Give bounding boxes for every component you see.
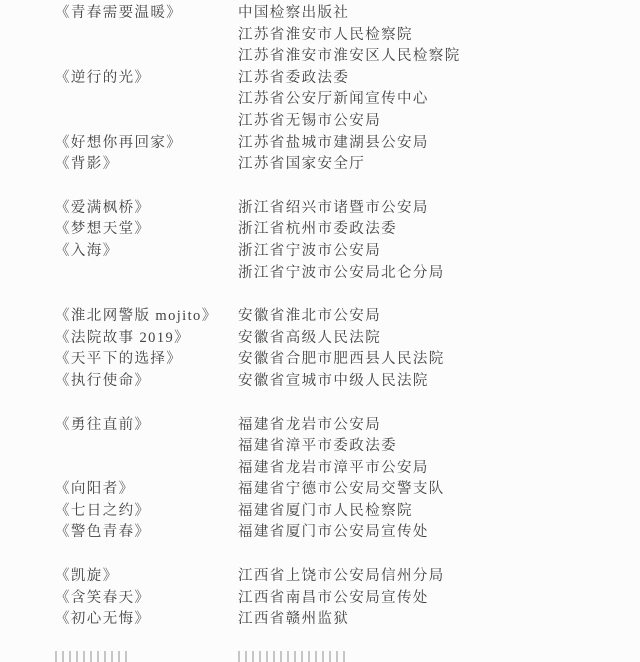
entry-group [55, 647, 640, 662]
entry-org: 浙江省宁波市公安局 [238, 241, 640, 263]
entry-title: 《法院故事 2019》 [55, 328, 238, 350]
entry-row [55, 647, 640, 662]
entry-title: 《逆行的光》 [55, 68, 238, 90]
group-rows: 《勇往直前》 福建省龙岩市公安局 福建省漳平市委政法委 福建省龙岩市漳平市公安局… [55, 415, 640, 545]
entry-row: 浙江省宁波市公安局北仑分局 [55, 263, 640, 285]
entry-title: 《执行使命》 [55, 371, 238, 393]
entry-org: 安徽省高级人民法院 [238, 328, 640, 350]
entry-org: 浙江省绍兴市诸暨市公安局 [238, 198, 640, 220]
entry-title: 《背影》 [55, 154, 238, 176]
entry-row: 《七日之约》 福建省厦门市人民检察院 [55, 501, 640, 523]
group-rows [55, 647, 640, 662]
entry-row: 《天平下的选择》 安徽省合肥市肥西县人民法院 [55, 349, 640, 371]
entry-row: 《勇往直前》 福建省龙岩市公安局 [55, 415, 640, 437]
entry-group: 《爱满枫桥》 浙江省绍兴市诸暨市公安局 《梦想天堂》 浙江省杭州市委政法委 《入… [55, 198, 640, 284]
entry-row: 江苏省淮安市淮安区人民检察院 [55, 46, 640, 68]
entry-org: 江苏省委政法委 [238, 68, 640, 90]
entry-group: 《青春需要温暖》 中国检察出版社 江苏省淮安市人民检察院 江苏省淮安市淮安区人民… [55, 3, 640, 176]
entry-row: 福建省龙岩市漳平市公安局 [55, 458, 640, 480]
entry-group: 《凯旋》 江西省上饶市公安局信州分局 《含笑春天》 江西省南昌市公安局宣传处 《… [55, 566, 640, 631]
entry-org: 浙江省宁波市公安局北仑分局 [238, 263, 640, 285]
entry-row: 《梦想天堂》 浙江省杭州市委政法委 [55, 219, 640, 241]
illegible-text-fragment [55, 651, 131, 662]
entry-group: 《淮北网警版 mojito》 安徽省淮北市公安局 《法院故事 2019》 安徽省… [55, 306, 640, 392]
document-page: 《青春需要温暖》 中国检察出版社 江苏省淮安市人民检察院 江苏省淮安市淮安区人民… [0, 0, 640, 662]
entry-title: 《含笑春天》 [55, 588, 238, 610]
entry-org: 江西省上饶市公安局信州分局 [238, 566, 640, 588]
entry-org: 安徽省合肥市肥西县人民法院 [238, 349, 640, 371]
group-rows: 《凯旋》 江西省上饶市公安局信州分局 《含笑春天》 江西省南昌市公安局宣传处 《… [55, 566, 640, 631]
entry-row: 《凯旋》 江西省上饶市公安局信州分局 [55, 566, 640, 588]
entry-org: 江苏省淮安市人民检察院 [238, 25, 640, 47]
entry-title: 《天平下的选择》 [55, 349, 238, 371]
entry-org: 江苏省公安厅新闻宣传中心 [238, 89, 640, 111]
group-rows: 《爱满枫桥》 浙江省绍兴市诸暨市公安局 《梦想天堂》 浙江省杭州市委政法委 《入… [55, 198, 640, 284]
entry-row: 《淮北网警版 mojito》 安徽省淮北市公安局 [55, 306, 640, 328]
entries: 《青春需要温暖》 中国检察出版社 江苏省淮安市人民检察院 江苏省淮安市淮安区人民… [55, 3, 640, 662]
entry-org: 江苏省盐城市建湖县公安局 [238, 133, 640, 155]
entry-org: 江西省南昌市公安局宣传处 [238, 588, 640, 610]
entry-org: 福建省龙岩市公安局 [238, 415, 640, 437]
entry-org: 福建省厦门市人民检察院 [238, 501, 640, 523]
entry-row: 江苏省淮安市人民检察院 [55, 25, 640, 47]
entry-row: 江苏省公安厅新闻宣传中心 [55, 89, 640, 111]
entry-org: 江西省赣州监狱 [238, 609, 640, 631]
entry-org: 福建省漳平市委政法委 [238, 436, 640, 458]
entry-title: 《凯旋》 [55, 566, 238, 588]
entry-org: 中国检察出版社 [238, 3, 640, 25]
entry-title: 《勇往直前》 [55, 415, 238, 437]
entry-row: 《逆行的光》 江苏省委政法委 [55, 68, 640, 90]
entry-row: 《执行使命》 安徽省宣城市中级人民法院 [55, 371, 640, 393]
entry-row: 《警色青春》 福建省厦门市公安局宣传处 [55, 522, 640, 544]
group-rows: 《青春需要温暖》 中国检察出版社 江苏省淮安市人民检察院 江苏省淮安市淮安区人民… [55, 3, 640, 176]
group-rows: 《淮北网警版 mojito》 安徽省淮北市公安局 《法院故事 2019》 安徽省… [55, 306, 640, 392]
entry-row: 《爱满枫桥》 浙江省绍兴市诸暨市公安局 [55, 198, 640, 220]
entry-row: 福建省漳平市委政法委 [55, 436, 640, 458]
entry-row: 《初心无悔》 江西省赣州监狱 [55, 609, 640, 631]
entry-row: 《背影》 江苏省国家安全厅 [55, 154, 640, 176]
entry-title: 《警色青春》 [55, 522, 238, 544]
entry-org: 福建省龙岩市漳平市公安局 [238, 458, 640, 480]
entry-title: 《入海》 [55, 241, 238, 263]
entry-title: 《好想你再回家》 [55, 133, 238, 155]
entry-org: 安徽省淮北市公安局 [238, 306, 640, 328]
illegible-text-fragment [238, 651, 346, 662]
entry-row: 江苏省无锡市公安局 [55, 111, 640, 133]
entry-org: 江苏省淮安市淮安区人民检察院 [238, 46, 640, 68]
entry-title: 《七日之约》 [55, 501, 238, 523]
entry-org: 浙江省杭州市委政法委 [238, 219, 640, 241]
entry-org: 福建省厦门市公安局宣传处 [238, 522, 640, 544]
entry-row: 《好想你再回家》 江苏省盐城市建湖县公安局 [55, 133, 640, 155]
entry-title: 《淮北网警版 mojito》 [55, 306, 238, 328]
entry-row: 《向阳者》 福建省宁德市公安局交警支队 [55, 479, 640, 501]
entry-group: 《勇往直前》 福建省龙岩市公安局 福建省漳平市委政法委 福建省龙岩市漳平市公安局… [55, 415, 640, 545]
entry-org: 安徽省宣城市中级人民法院 [238, 371, 640, 393]
entry-title: 《梦想天堂》 [55, 219, 238, 241]
entry-org: 福建省宁德市公安局交警支队 [238, 479, 640, 501]
entry-row: 《法院故事 2019》 安徽省高级人民法院 [55, 328, 640, 350]
entry-title: 《初心无悔》 [55, 609, 238, 631]
entry-title [55, 647, 238, 662]
entry-row: 《含笑春天》 江西省南昌市公安局宣传处 [55, 588, 640, 610]
entry-org: 江苏省国家安全厅 [238, 154, 640, 176]
entry-org: 江苏省无锡市公安局 [238, 111, 640, 133]
entry-title: 《爱满枫桥》 [55, 198, 238, 220]
entry-title: 《青春需要温暖》 [55, 3, 238, 25]
entry-row: 《入海》 浙江省宁波市公安局 [55, 241, 640, 263]
entry-row: 《青春需要温暖》 中国检察出版社 [55, 3, 640, 25]
entry-title: 《向阳者》 [55, 479, 238, 501]
entry-org [238, 647, 640, 662]
